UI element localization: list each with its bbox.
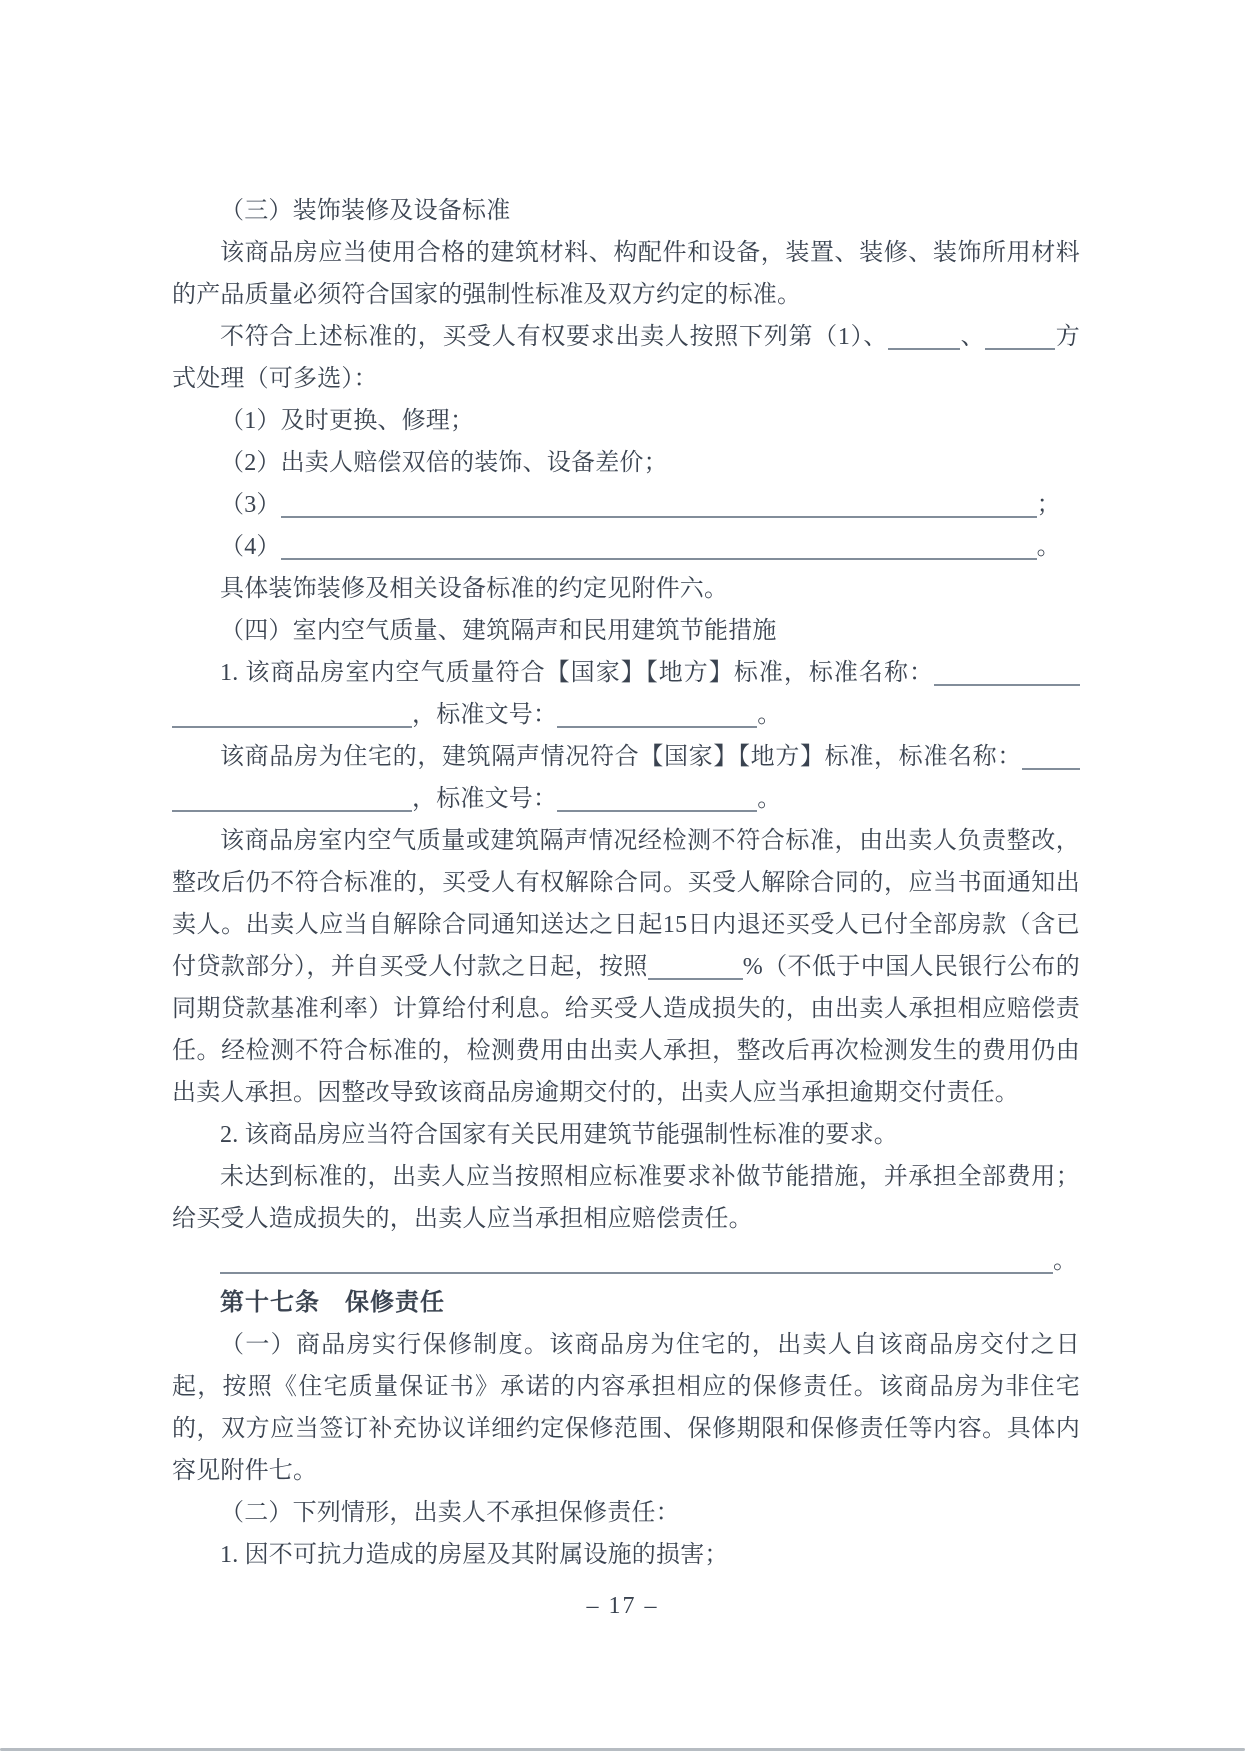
paragraph-text: （3） [220,492,281,518]
remedy-option-3: （3）； [172,484,1080,526]
paragraph-text: （四）室内空气质量、建筑隔声和民用建筑节能措施 [220,618,777,644]
paragraph-text: 不符合上述标准的，买受人有权要求出卖人按照下列第（1）、 [220,324,888,350]
paragraph-text: （三）装饰装修及设备标准 [220,198,510,224]
paragraph-text: （4） [220,534,281,560]
paragraph-text: ，标准文号： [412,786,557,812]
article-17-item-2-sub-1: 1. 因不可抗力造成的房屋及其附属设施的损害； [172,1534,1080,1576]
paragraph-text: 。 [1053,1248,1077,1274]
paragraph-text: 1. 因不可抗力造成的房屋及其附属设施的损害； [220,1542,729,1568]
paragraph-text: 该商品房为住宅的，建筑隔声情况符合【国家】【地方】标准，标准名称： [220,744,1022,770]
blank-underline [172,792,412,812]
clause-4-energy-remedy: 未达到标准的，出卖人应当按照相应标准要求补做节能措施，并承担全部费用；给买受人造… [172,1156,1080,1240]
remedy-option-2: （2）出卖人赔偿双倍的装饰、设备差价； [172,442,1080,484]
paragraph-text: （1）及时更换、修理； [220,408,474,434]
paragraph-text: 具体装饰装修及相关设备标准的约定见附件六。 [220,576,728,602]
clause-4-noncompliance-remedy: 该商品房室内空气质量或建筑隔声情况经检测不符合标准，由出卖人负责整改，整改后仍不… [172,820,1080,1114]
paragraph-text: 该商品房应当使用合格的建筑材料、构配件和设备，装置、装修、装饰所用材料的产品质量… [172,240,1080,308]
clause-4-heading: （四）室内空气质量、建筑隔声和民用建筑节能措施 [172,610,1080,652]
paragraph-text: （二）下列情形，出卖人不承担保修责任： [220,1500,680,1526]
paragraph-text: （2）出卖人赔偿双倍的装饰、设备差价； [220,450,668,476]
article-17-heading: 第十七条 保修责任 [172,1282,1080,1324]
paragraph-text: 1. 该商品房室内空气质量符合【国家】【地方】标准，标准名称： [220,660,934,686]
paragraph-text: 第十七条 保修责任 [220,1290,445,1316]
clause-3-remedy-intro: 不符合上述标准的，买受人有权要求出卖人按照下列第（1）、、方式处理（可多选）： [172,316,1080,400]
blank-underline [172,708,412,728]
article-17-item-1: （一）商品房实行保修制度。该商品房为住宅的，出卖人自该商品房交付之日起，按照《住… [172,1324,1080,1492]
clause-4-item-1-air-quality: 1. 该商品房室内空气质量符合【国家】【地方】标准，标准名称：，标准文号：。 [172,652,1080,736]
blank-underline [985,330,1055,350]
paragraph-text: 。 [757,786,781,812]
document-body: （三）装饰装修及设备标准该商品房应当使用合格的建筑材料、构配件和设备，装置、装修… [172,190,1080,1576]
blank-fill-line: 。 [172,1240,1080,1282]
clause-3-heading: （三）装饰装修及设备标准 [172,190,1080,232]
remedy-option-4: （4）。 [172,526,1080,568]
blank-underline [648,960,743,980]
paragraph-text: 、 [960,324,985,350]
clause-4-item-2-energy-saving: 2. 该商品房应当符合国家有关民用建筑节能强制性标准的要求。 [172,1114,1080,1156]
page-number: – 17 – [0,1586,1245,1626]
article-17-item-2: （二）下列情形，出卖人不承担保修责任： [172,1492,1080,1534]
paragraph-text: ； [1037,492,1061,518]
clause-3-materials: 该商品房应当使用合格的建筑材料、构配件和设备，装置、装修、装饰所用材料的产品质量… [172,232,1080,316]
blank-underline [1022,750,1080,770]
blank-underline [220,1254,1053,1274]
paragraph-text: ，标准文号： [412,702,557,728]
paragraph-text: （一）商品房实行保修制度。该商品房为住宅的，出卖人自该商品房交付之日起，按照《住… [172,1332,1080,1484]
remedy-option-1: （1）及时更换、修理； [172,400,1080,442]
blank-underline [557,792,757,812]
blank-underline [281,540,1037,560]
blank-underline [934,666,1080,686]
paragraph-text: 。 [1037,534,1061,560]
paragraph-text: 2. 该商品房应当符合国家有关民用建筑节能强制性标准的要求。 [220,1122,898,1148]
scan-edge-artifact [0,1748,1245,1751]
clause-4-sound-insulation: 该商品房为住宅的，建筑隔声情况符合【国家】【地方】标准，标准名称：，标准文号：。 [172,736,1080,820]
clause-3-attachment-note: 具体装饰装修及相关设备标准的约定见附件六。 [172,568,1080,610]
blank-underline [557,708,757,728]
paragraph-text: 。 [757,702,781,728]
blank-underline [281,498,1037,518]
paragraph-text: 未达到标准的，出卖人应当按照相应标准要求补做节能措施，并承担全部费用；给买受人造… [172,1164,1080,1232]
blank-underline [888,330,960,350]
